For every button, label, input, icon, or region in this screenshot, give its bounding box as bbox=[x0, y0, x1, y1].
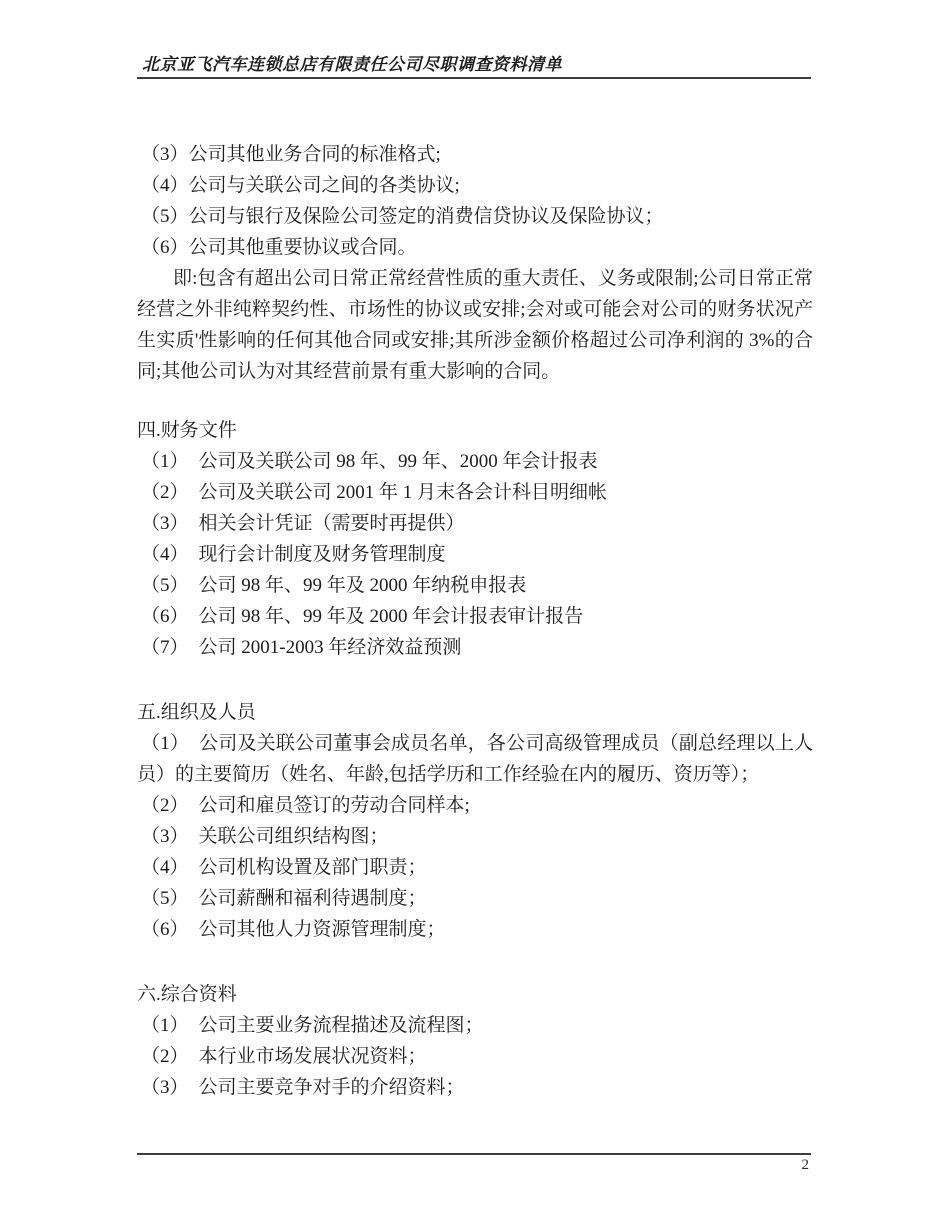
list-item: （5）公司与银行及保险公司签定的消费信贷协议及保险协议； bbox=[137, 201, 813, 232]
item-text: 公司和雇员签订的劳动合同样本; bbox=[199, 795, 470, 816]
item-number: （3） bbox=[141, 144, 189, 165]
document-page: 北京亚飞汽车连锁总店有限责任公司尽职调查资料清单 （3）公司其他业务合同的标准格… bbox=[0, 0, 950, 1230]
section-financial-documents: 四.财务文件 （1）公司及关联公司 98 年、99 年、2000 年会计报表 （… bbox=[137, 415, 813, 663]
page-header: 北京亚飞汽车连锁总店有限责任公司尽职调查资料清单 bbox=[137, 55, 811, 79]
item-text: 公司其他人力资源管理制度； bbox=[199, 919, 446, 940]
list-item: （2）公司和雇员签订的劳动合同样本; bbox=[137, 790, 813, 821]
item-text: 公司机构设置及部门职责； bbox=[199, 857, 427, 878]
item-text: 公司与关联公司之间的各类协议; bbox=[189, 175, 460, 196]
item-number: （4） bbox=[141, 857, 189, 878]
item-text: 公司其他重要协议或合同。 bbox=[189, 237, 417, 258]
item-text: 关联公司组织结构图； bbox=[199, 826, 389, 847]
list-item: （5）公司 98 年、99 年及 2000 年纳税申报表 bbox=[137, 570, 813, 601]
item-text: 公司 98 年、99 年及 2000 年纳税申报表 bbox=[199, 575, 527, 596]
section-heading: 六.综合资料 bbox=[137, 979, 813, 1010]
item-number: （1） bbox=[141, 733, 189, 754]
list-item: （1）公司及关联公司 98 年、99 年、2000 年会计报表 bbox=[137, 446, 813, 477]
list-item: （1）公司及关联公司董事会成员名单，各公司高级管理成员（副总经理以上人员）的主要… bbox=[137, 728, 813, 790]
section-organization-personnel: 五.组织及人员 （1）公司及关联公司董事会成员名单，各公司高级管理成员（副总经理… bbox=[137, 697, 813, 945]
intro-list: （3）公司其他业务合同的标准格式; （4）公司与关联公司之间的各类协议; （5）… bbox=[137, 139, 813, 263]
list-item: （5）公司薪酬和福利待遇制度； bbox=[137, 883, 813, 914]
list-item: （6）公司其他重要协议或合同。 bbox=[137, 232, 813, 263]
item-text: 公司与银行及保险公司签定的消费信贷协议及保险协议； bbox=[189, 206, 664, 227]
list-item: （6）公司 98 年、99 年及 2000 年会计报表审计报告 bbox=[137, 601, 813, 632]
item-number: （6） bbox=[141, 237, 189, 258]
section-general-materials: 六.综合资料 （1）公司主要业务流程描述及流程图； （2）本行业市场发展状况资料… bbox=[137, 979, 813, 1103]
list-item: （1）公司主要业务流程描述及流程图； bbox=[137, 1010, 813, 1041]
item-number: （1） bbox=[141, 451, 189, 472]
list-item: （3）关联公司组织结构图； bbox=[137, 821, 813, 852]
item-number: （3） bbox=[141, 1077, 189, 1098]
item-number: （3） bbox=[141, 513, 189, 534]
item-text: 公司及关联公司 2001 年 1 月末各会计科目明细帐 bbox=[199, 482, 608, 503]
list-item: （6）公司其他人力资源管理制度； bbox=[137, 914, 813, 945]
item-text: 相关会计凭证（需要时再提供） bbox=[199, 513, 465, 534]
item-text: 公司其他业务合同的标准格式; bbox=[189, 144, 441, 165]
section-heading: 四.财务文件 bbox=[137, 415, 813, 446]
item-number: （7） bbox=[141, 637, 189, 658]
item-text: 现行会计制度及财务管理制度 bbox=[199, 544, 446, 565]
item-number: （2） bbox=[141, 1046, 189, 1067]
list-item: （3）公司主要竞争对手的介绍资料； bbox=[137, 1072, 813, 1103]
item-text: 公司薪酬和福利待遇制度； bbox=[199, 888, 427, 909]
list-item: （4）公司与关联公司之间的各类协议; bbox=[137, 170, 813, 201]
page-footer: 2 bbox=[137, 1153, 811, 1175]
item-text: 公司 98 年、99 年及 2000 年会计报表审计报告 bbox=[199, 606, 584, 627]
list-item: （3）相关会计凭证（需要时再提供） bbox=[137, 508, 813, 539]
item-number: （2） bbox=[141, 482, 189, 503]
page-number: 2 bbox=[137, 1155, 811, 1175]
item-number: （4） bbox=[141, 544, 189, 565]
item-text: 公司及关联公司 98 年、99 年、2000 年会计报表 bbox=[199, 451, 598, 472]
item-number: （5） bbox=[141, 888, 189, 909]
list-item: （2）公司及关联公司 2001 年 1 月末各会计科目明细帐 bbox=[137, 477, 813, 508]
item-number: （2） bbox=[141, 795, 189, 816]
list-item: （4）现行会计制度及财务管理制度 bbox=[137, 539, 813, 570]
note-paragraph: 即:包含有超出公司日常正常经营性质的重大责任、义务或限制;公司日常正常经营之外非… bbox=[137, 263, 813, 387]
item-text: 公司主要竞争对手的介绍资料； bbox=[199, 1077, 465, 1098]
header-title: 北京亚飞汽车连锁总店有限责任公司尽职调查资料清单 bbox=[137, 55, 811, 75]
item-text: 公司及关联公司董事会成员名单，各公司高级管理成员（副总经理以上人员）的主要简历（… bbox=[137, 733, 813, 785]
item-number: （5） bbox=[141, 575, 189, 596]
list-item: （3）公司其他业务合同的标准格式; bbox=[137, 139, 813, 170]
section-heading: 五.组织及人员 bbox=[137, 697, 813, 728]
list-item: （4）公司机构设置及部门职责； bbox=[137, 852, 813, 883]
list-item: （2）本行业市场发展状况资料； bbox=[137, 1041, 813, 1072]
item-number: （6） bbox=[141, 919, 189, 940]
item-number: （4） bbox=[141, 175, 189, 196]
document-body: （3）公司其他业务合同的标准格式; （4）公司与关联公司之间的各类协议; （5）… bbox=[137, 139, 813, 1103]
item-text: 公司主要业务流程描述及流程图； bbox=[199, 1015, 484, 1036]
item-number: （3） bbox=[141, 826, 189, 847]
item-number: （6） bbox=[141, 606, 189, 627]
item-text: 本行业市场发展状况资料； bbox=[199, 1046, 427, 1067]
list-item: （7）公司 2001-2003 年经济效益预测 bbox=[137, 632, 813, 663]
item-number: （1） bbox=[141, 1015, 189, 1036]
item-number: （5） bbox=[141, 206, 189, 227]
item-text: 公司 2001-2003 年经济效益预测 bbox=[199, 637, 462, 658]
